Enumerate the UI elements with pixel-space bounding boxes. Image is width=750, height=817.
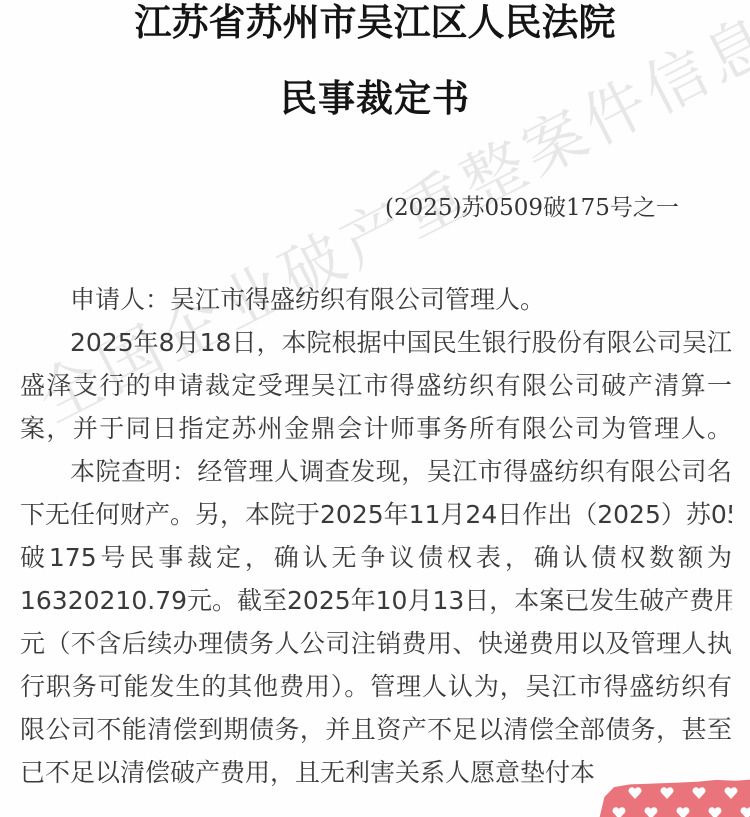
heart-icon xyxy=(708,807,722,817)
document-page: 全国企业破产重整案件信息网 江苏省苏州市吴江区人民法院 民事裁定书 (2025)… xyxy=(0,0,750,817)
document-type-title: 民事裁定书 xyxy=(0,76,750,120)
body-line: 限公司不能清偿到期债务，并且资产不足以清偿全部债务，甚至 xyxy=(20,713,732,747)
heart-icon xyxy=(724,787,738,799)
body-line: 16320210.79元。截至2025年10月13日，本案已发生破产费用400 xyxy=(20,584,732,618)
court-name-title: 江苏省苏州市吴江区人民法院 xyxy=(0,0,750,44)
body-line: 行职务可能发生的其他费用）。管理人认为，吴江市得盛纺织有 xyxy=(20,670,732,704)
case-number: (2025)苏0509破175号之一 xyxy=(385,192,679,224)
body-line: 已不足以清偿破产费用，且无利害关系人愿意垫付本 xyxy=(20,756,732,790)
body-line: 本院查明：经管理人调查发现，吴江市得盛纺织有限公司名 xyxy=(70,455,732,489)
body-line: 破175号民事裁定，确认无争议债权表，确认债权数额为 xyxy=(20,541,732,575)
body-line: 下无任何财产。另，本院于2025年11月24日作出（2025）苏0509 xyxy=(20,498,732,532)
applicant-line: 申请人：吴江市得盛纺织有限公司管理人。 xyxy=(70,283,732,317)
heart-icon xyxy=(740,807,750,817)
heart-icon xyxy=(612,807,626,817)
heart-icon xyxy=(692,787,706,799)
heart-icon xyxy=(644,807,658,817)
heart-icon xyxy=(660,787,674,799)
body-line: 盛泽支行的申请裁定受理吴江市得盛纺织有限公司破产清算一 xyxy=(20,369,732,403)
body-line: 2025年8月18日，本院根据中国民生银行股份有限公司吴江 xyxy=(70,326,732,360)
body-line: 元（不含后续办理债务人公司注销费用、快递费用以及管理人执 xyxy=(20,627,732,661)
heart-icon xyxy=(676,807,690,817)
body-line: 案，并于同日指定苏州金鼎会计师事务所有限公司为管理人。 xyxy=(20,412,732,446)
heart-icon xyxy=(628,787,642,799)
